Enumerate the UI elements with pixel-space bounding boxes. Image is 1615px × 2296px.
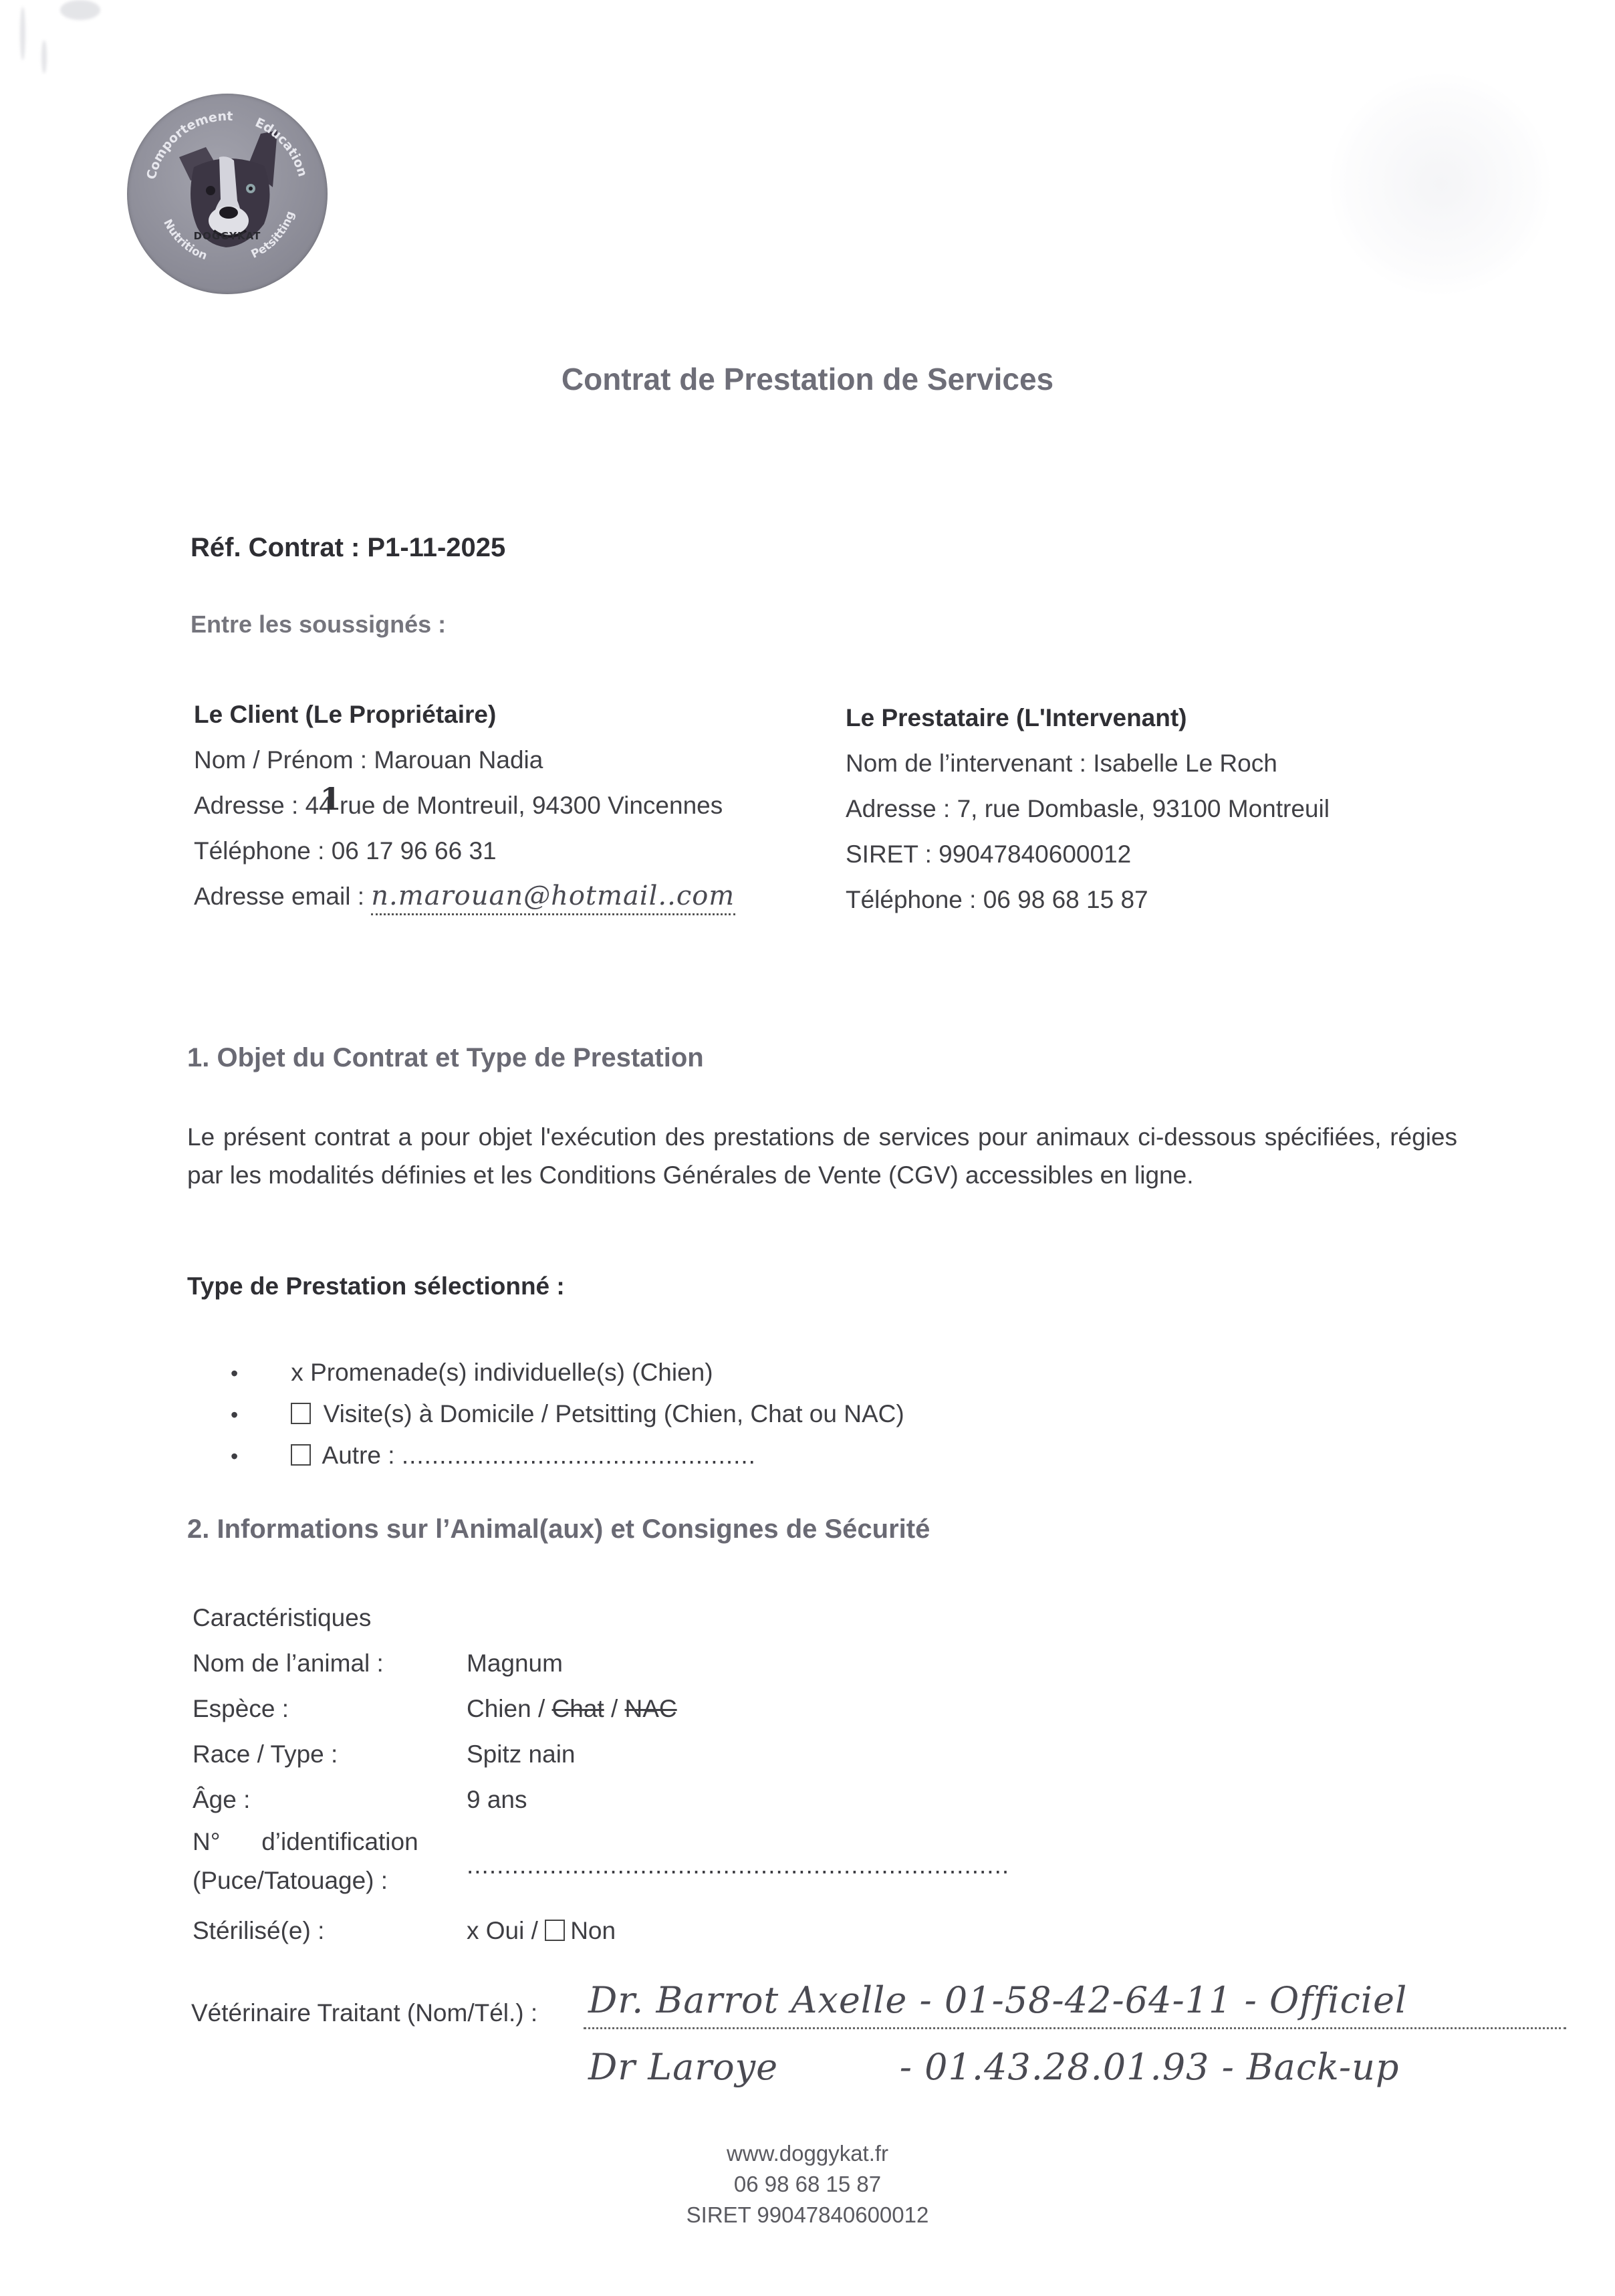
client-address-label: Adresse :	[194, 792, 298, 819]
scan-smudge	[60, 0, 100, 20]
identification-label: N° d’identification (Puce/Tatouage) :	[193, 1823, 418, 1900]
footer-website: www.doggykat.fr	[0, 2138, 1615, 2169]
provider-siret-label: SIRET :	[846, 840, 932, 868]
section-1-paragraph: Le présent contrat a pour objet l'exécut…	[187, 1118, 1457, 1194]
page-footer: www.doggykat.fr 06 98 68 15 87 SIRET 990…	[0, 2138, 1615, 2230]
section-2-heading: 2. Informations sur l’Animal(aux) et Con…	[187, 1514, 930, 1544]
checked-mark-icon: x	[291, 1359, 303, 1386]
bullet-icon: •	[231, 1436, 284, 1477]
client-address-number: 44 1	[305, 783, 333, 828]
animal-name-label: Nom de l’animal :	[193, 1641, 384, 1686]
service-type-heading: Type de Prestation sélectionné :	[187, 1272, 565, 1300]
provider-address-label: Adresse :	[846, 795, 950, 822]
between-parties-label: Entre les soussignés :	[191, 610, 446, 639]
service-option-home-visit[interactable]: • Visite(s) à Domicile / Petsitting (Chi…	[231, 1393, 904, 1435]
footer-phone: 06 98 68 15 87	[0, 2169, 1615, 2200]
animal-name-value: Magnum	[467, 1641, 563, 1686]
provider-phone-value: 06 98 68 15 87	[983, 886, 1148, 913]
sterilized-yes-option[interactable]: Oui	[486, 1917, 525, 1944]
client-phone-label: Téléphone :	[194, 837, 324, 865]
vet-entry-backup: Dr Laroye - 01.43.28.01.93 - Back-up	[588, 2046, 1399, 2088]
client-email-row: Adresse email : n.marouan@hotmail..com	[194, 874, 735, 919]
client-heading: Le Client (Le Propriétaire)	[194, 692, 735, 737]
identification-fill-line[interactable]: ........................................…	[467, 1843, 1009, 1888]
empty-checkbox-icon[interactable]	[545, 1920, 565, 1941]
age-label: Âge :	[193, 1777, 250, 1823]
species-option-cat: Chat	[552, 1695, 604, 1722]
provider-address-value: 7, rue Dombasle, 93100 Montreuil	[957, 795, 1330, 822]
provider-name-value: Isabelle Le Roch	[1093, 750, 1277, 777]
provider-block: Le Prestataire (L'Intervenant) Nom de l’…	[846, 695, 1330, 923]
service-option-label: Autre :	[322, 1442, 395, 1469]
breed-value: Spitz nain	[467, 1732, 576, 1777]
bullet-icon: •	[231, 1353, 284, 1394]
scan-smudge	[20, 7, 25, 60]
provider-name-label: Nom de l’intervenant :	[846, 750, 1086, 777]
provider-heading: Le Prestataire (L'Intervenant)	[846, 695, 1330, 741]
species-option-dog: Chien	[467, 1695, 531, 1722]
client-block: Le Client (Le Propriétaire) Nom / Prénom…	[194, 692, 735, 919]
empty-checkbox-icon[interactable]	[291, 1403, 311, 1424]
age-value: 9 ans	[467, 1777, 527, 1823]
provider-phone-label: Téléphone :	[846, 886, 976, 913]
species-option-nac: NAC	[625, 1695, 677, 1722]
client-address-row: Adresse : 44 1 rue de Montreuil, 94300 V…	[194, 783, 735, 828]
species-separator: /	[531, 1695, 552, 1722]
client-name-row: Nom / Prénom : Marouan Nadia	[194, 737, 735, 783]
sterilized-label: Stérilisé(e) :	[193, 1908, 324, 1954]
client-phone-value: 06 17 96 66 31	[332, 837, 497, 865]
doggykat-logo: Comportement Education Petsitting Nutrit…	[127, 94, 328, 294]
dog-head-icon: Comportement Education Petsitting Nutrit…	[127, 94, 328, 294]
sterilized-separator: /	[531, 1917, 538, 1944]
client-name-label: Nom / Prénom :	[194, 746, 367, 774]
checked-mark-icon: x	[467, 1917, 479, 1944]
provider-name-row: Nom de l’intervenant : Isabelle Le Roch	[846, 741, 1330, 786]
service-option-other[interactable]: • Autre : ..............................…	[231, 1435, 904, 1476]
provider-address-row: Adresse : 7, rue Dombasle, 93100 Montreu…	[846, 786, 1330, 832]
empty-checkbox-icon[interactable]	[291, 1444, 311, 1466]
provider-phone-row: Téléphone : 06 98 68 15 87	[846, 877, 1330, 923]
species-separator: /	[604, 1695, 625, 1722]
section-1-heading: 1. Objet du Contrat et Type de Prestatio…	[187, 1043, 704, 1073]
identification-label-line2: (Puce/Tatouage) :	[193, 1867, 388, 1894]
vet-label: Vétérinaire Traitant (Nom/Tél.) :	[191, 1999, 537, 2027]
sterilized-no-option[interactable]: Non	[570, 1917, 616, 1944]
document-title: Contrat de Prestation de Services	[0, 361, 1615, 397]
client-email-value: n.marouan@hotmail..com	[371, 881, 735, 911]
other-fill-line[interactable]: ........................................…	[402, 1442, 756, 1469]
scan-smudge	[41, 40, 47, 74]
stamp-showthrough	[1330, 74, 1551, 294]
client-address-street: rue de Montreuil, 94300 Vincennes	[340, 792, 723, 819]
service-option-label: Promenade(s) individuelle(s) (Chien)	[310, 1359, 713, 1386]
client-address-number-correction: 1	[320, 776, 342, 822]
vet-entry-primary: Dr. Barrot Axelle - 01-58-42-64-11 - Off…	[588, 1979, 1407, 2021]
service-option-label: Visite(s) à Domicile / Petsitting (Chien…	[324, 1400, 904, 1427]
sterilized-value: x Oui / Non	[467, 1908, 616, 1954]
client-phone-row: Téléphone : 06 17 96 66 31	[194, 828, 735, 874]
client-email-label: Adresse email :	[194, 883, 364, 910]
footer-siret: SIRET 99047840600012	[0, 2200, 1615, 2230]
service-option-walk[interactable]: • x Promenade(s) individuelle(s) (Chien)	[231, 1352, 904, 1393]
client-email-field: n.marouan@hotmail..com	[371, 879, 735, 915]
logo-brand: DOGGYKAT	[127, 230, 328, 242]
species-label: Espèce :	[193, 1686, 289, 1732]
bullet-icon: •	[231, 1394, 284, 1436]
provider-siret-row: SIRET : 99047840600012	[846, 832, 1330, 877]
characteristics-label: Caractéristiques	[193, 1595, 371, 1641]
contract-reference: Réf. Contrat : P1-11-2025	[191, 533, 505, 563]
breed-label: Race / Type :	[193, 1732, 338, 1777]
service-type-list: • x Promenade(s) individuelle(s) (Chien)…	[231, 1352, 904, 1476]
provider-siret-value: 99047840600012	[939, 840, 1131, 868]
client-name-value: Marouan Nadia	[374, 746, 543, 774]
species-value: Chien / Chat / NAC	[467, 1686, 677, 1732]
identification-label-line1: N° d’identification	[193, 1828, 418, 1855]
